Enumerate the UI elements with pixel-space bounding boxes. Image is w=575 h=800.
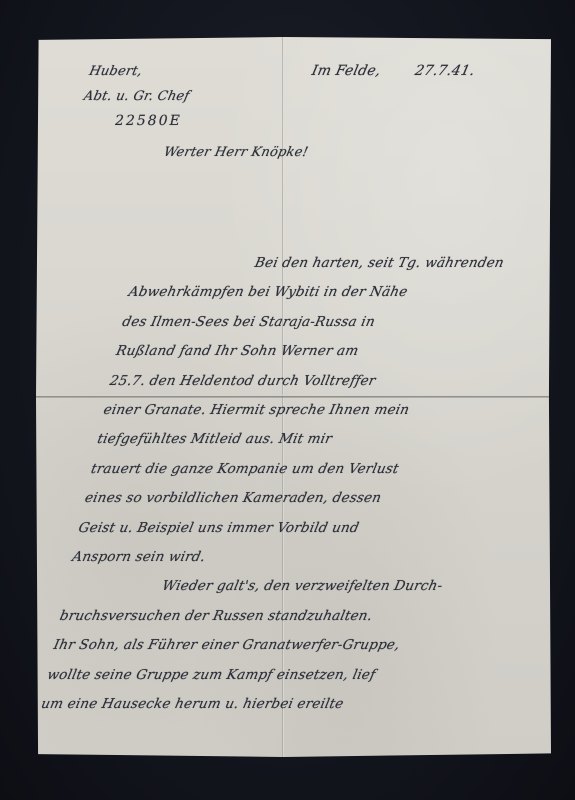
body-line: trauert die ganze Kompanie um den Verlus… <box>88 455 554 484</box>
letter-sheet: Hubert, Abt. u. Gr. Chef 22580E Im Felde… <box>36 37 551 757</box>
letter-date: 27.7.41. <box>383 63 476 79</box>
body-line: Abwehrkämpfen bei Wybiti in der Nähe <box>126 278 575 307</box>
body-line: einer Granate. Hiermit spreche Ihnen mei… <box>101 396 567 425</box>
body-line: 25.7. den Heldentod durch Volltreffer <box>107 367 573 396</box>
field-post-number: 22580E <box>76 109 187 134</box>
place-date: Im Felde, 27.7.41. <box>310 63 476 79</box>
sender-name: Hubert, <box>87 59 198 84</box>
body-line: Rußland fand Ihr Sohn Werner am <box>113 337 575 366</box>
place: Im Felde, <box>310 63 382 79</box>
sender-block: Hubert, Abt. u. Gr. Chef 22580E <box>76 59 197 134</box>
body-line: Ihr Sohn, als Führer einer Granatwerfer-… <box>50 631 516 660</box>
body-line: wollte seine Gruppe zum Kampf einsetzen,… <box>44 661 510 690</box>
body-line: Wieder galt's, den verzweifelten Durch- <box>63 572 529 601</box>
body-line: um eine Hausecke herum u. hierbei ereilt… <box>38 690 504 719</box>
salutation: Werter Herr Knöpke! <box>162 145 309 160</box>
letter-body: Bei den harten, seit Tg. währenden Abweh… <box>38 249 575 720</box>
body-line: Geist u. Beispiel uns immer Vorbild und <box>75 514 541 543</box>
body-line: bruchsversuchen der Russen standzuhalten… <box>57 602 523 631</box>
body-line: Ansporn sein wird. <box>69 543 535 572</box>
sender-rank: Abt. u. Gr. Chef <box>81 84 192 109</box>
body-line: eines so vorbildlichen Kameraden, dessen <box>82 484 548 513</box>
body-line: Bei den harten, seit Tg. währenden <box>132 249 575 278</box>
body-line: tiefgefühltes Mitleid aus. Mit mir <box>94 425 560 454</box>
body-line: des Ilmen-Sees bei Staraja-Russa in <box>119 308 575 337</box>
